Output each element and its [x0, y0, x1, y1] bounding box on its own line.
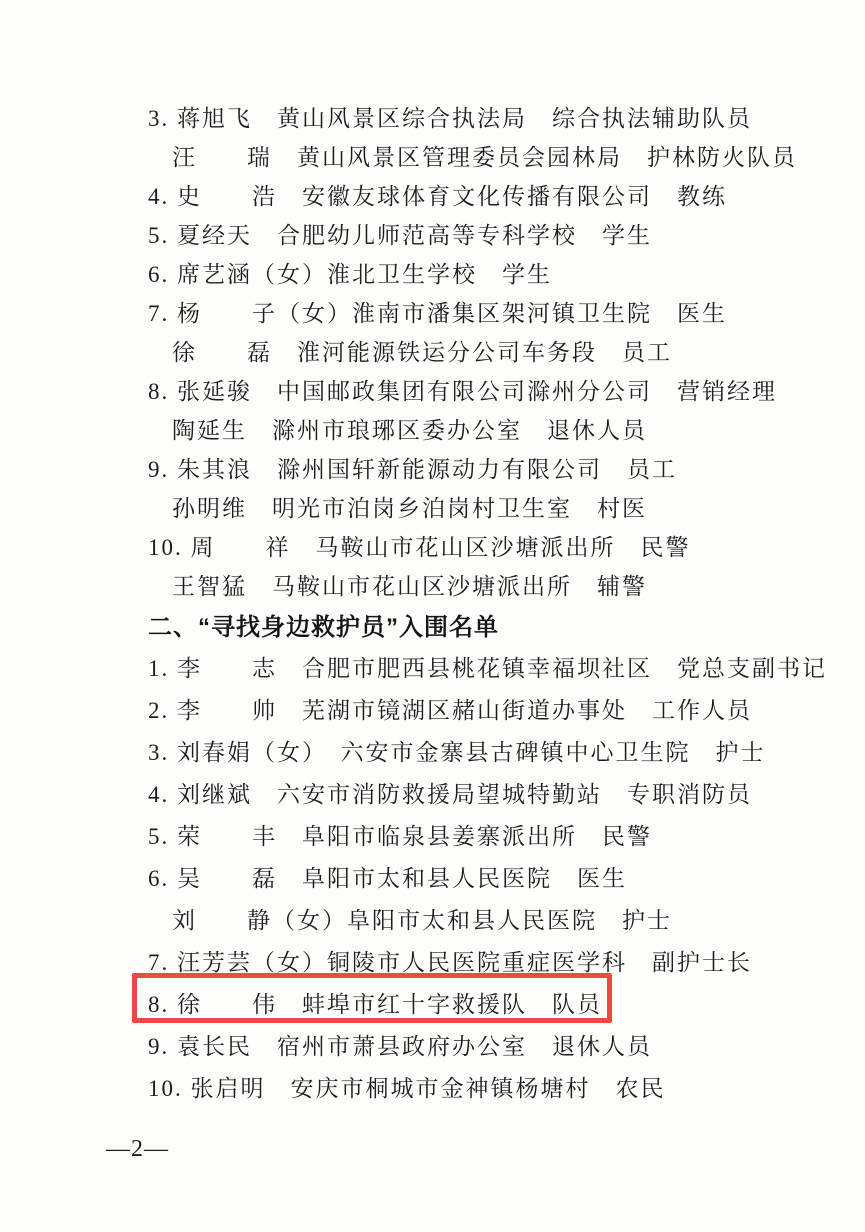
- list-entry: 6. 吴 磊 阜阳市太和县人民医院 医生: [0, 855, 865, 897]
- entry-text: 1. 李 志 合肥市肥西县桃花镇幸福坝社区 党总支副书记: [148, 650, 827, 683]
- list-entry: 6. 席艺涵（女）淮北卫生学校 学生: [0, 253, 865, 292]
- list-entry: 10. 周 祥 马鞍山市花山区沙塘派出所 民警: [0, 526, 865, 565]
- list-entry: 9. 朱其浪 滁州国轩新能源动力有限公司 员工: [0, 448, 865, 487]
- list-entry: 汪 瑞 黄山风景区管理委员会园林局 护林防火队员: [0, 136, 865, 175]
- entry-text: 刘 静（女）阜阳市太和县人民医院 护士: [172, 902, 672, 935]
- entry-text: 3. 蒋旭飞 黄山风景区综合执法局 综合执法辅助队员: [148, 100, 752, 133]
- page-number: —2—: [106, 1136, 169, 1163]
- list-two: 1. 李 志 合肥市肥西县桃花镇幸福坝社区 党总支副书记2. 李 帅 芜湖市镜湖…: [0, 645, 865, 1107]
- list-entry: 5. 荣 丰 阜阳市临泉县姜寨派出所 民警: [0, 813, 865, 855]
- list-entry: 王智猛 马鞍山市花山区沙塘派出所 辅警: [0, 565, 865, 604]
- entry-text: 7. 汪芳芸（女）铜陵市人民医院重症医学科 副护士长: [148, 944, 752, 977]
- entry-text: 9. 袁长民 宿州市萧县政府办公室 退休人员: [148, 1028, 652, 1061]
- entry-text: 陶延生 滁州市琅琊区委办公室 退休人员: [172, 412, 647, 445]
- entry-text: 5. 夏经天 合肥幼儿师范高等专科学校 学生: [148, 217, 652, 250]
- entry-text: 孙明维 明光市泊岗乡泊岗村卫生室 村医: [172, 490, 647, 523]
- document-content: 3. 蒋旭飞 黄山风景区综合执法局 综合执法辅助队员汪 瑞 黄山风景区管理委员会…: [0, 97, 865, 1107]
- entry-text: 2. 李 帅 芜湖市镜湖区赭山街道办事处 工作人员: [148, 692, 752, 725]
- entry-text: 4. 史 浩 安徽友球体育文化传播有限公司 教练: [148, 178, 727, 211]
- list-entry-highlighted: 8. 徐 伟 蚌埠市红十字救援队 队员: [0, 981, 865, 1023]
- entry-text: 8. 张延骏 中国邮政集团有限公司滁州分公司 营销经理: [148, 373, 777, 406]
- list-entry: 2. 李 帅 芜湖市镜湖区赭山街道办事处 工作人员: [0, 687, 865, 729]
- list-one: 3. 蒋旭飞 黄山风景区综合执法局 综合执法辅助队员汪 瑞 黄山风景区管理委员会…: [0, 97, 865, 604]
- entry-text: 9. 朱其浪 滁州国轩新能源动力有限公司 员工: [148, 451, 677, 484]
- list-entry: 7. 汪芳芸（女）铜陵市人民医院重症医学科 副护士长: [0, 939, 865, 981]
- entry-text: 6. 席艺涵（女）淮北卫生学校 学生: [148, 256, 552, 289]
- entry-text: 徐 磊 淮河能源铁运分公司车务段 员工: [172, 334, 672, 367]
- entry-text: 汪 瑞 黄山风景区管理委员会园林局 护林防火队员: [172, 139, 797, 172]
- list-entry: 4. 刘继斌 六安市消防救援局望城特勤站 专职消防员: [0, 771, 865, 813]
- list-entry: 3. 刘春娟（女） 六安市金寨县古碑镇中心卫生院 护士: [0, 729, 865, 771]
- list-entry: 徐 磊 淮河能源铁运分公司车务段 员工: [0, 331, 865, 370]
- entry-text: 王智猛 马鞍山市花山区沙塘派出所 辅警: [172, 568, 647, 601]
- entry-text: 8. 徐 伟 蚌埠市红十字救援队 队员: [148, 986, 602, 1019]
- entry-text: 5. 荣 丰 阜阳市临泉县姜寨派出所 民警: [148, 818, 652, 851]
- list-entry: 5. 夏经天 合肥幼儿师范高等专科学校 学生: [0, 214, 865, 253]
- list-entry: 陶延生 滁州市琅琊区委办公室 退休人员: [0, 409, 865, 448]
- list-entry: 孙明维 明光市泊岗乡泊岗村卫生室 村医: [0, 487, 865, 526]
- entry-text: 7. 杨 子（女）淮南市潘集区架河镇卫生院 医生: [148, 295, 727, 328]
- list-entry: 8. 张延骏 中国邮政集团有限公司滁州分公司 营销经理: [0, 370, 865, 409]
- list-entry: 刘 静（女）阜阳市太和县人民医院 护士: [0, 897, 865, 939]
- section-two-heading: 二、“寻找身边救护员”入围名单: [0, 604, 865, 645]
- list-entry: 10. 张启明 安庆市桐城市金神镇杨塘村 农民: [0, 1065, 865, 1107]
- document-page: 3. 蒋旭飞 黄山风景区综合执法局 综合执法辅助队员汪 瑞 黄山风景区管理委员会…: [0, 0, 865, 1232]
- entry-text: 4. 刘继斌 六安市消防救援局望城特勤站 专职消防员: [148, 776, 752, 809]
- list-entry: 7. 杨 子（女）淮南市潘集区架河镇卫生院 医生: [0, 292, 865, 331]
- list-entry: 4. 史 浩 安徽友球体育文化传播有限公司 教练: [0, 175, 865, 214]
- list-entry: 1. 李 志 合肥市肥西县桃花镇幸福坝社区 党总支副书记: [0, 645, 865, 687]
- list-entry: 3. 蒋旭飞 黄山风景区综合执法局 综合执法辅助队员: [0, 97, 865, 136]
- entry-text: 6. 吴 磊 阜阳市太和县人民医院 医生: [148, 860, 627, 893]
- entry-text: 3. 刘春娟（女） 六安市金寨县古碑镇中心卫生院 护士: [148, 734, 766, 767]
- list-entry: 9. 袁长民 宿州市萧县政府办公室 退休人员: [0, 1023, 865, 1065]
- entry-text: 10. 张启明 安庆市桐城市金神镇杨塘村 农民: [148, 1070, 666, 1103]
- entry-text: 10. 周 祥 马鞍山市花山区沙塘派出所 民警: [148, 529, 691, 562]
